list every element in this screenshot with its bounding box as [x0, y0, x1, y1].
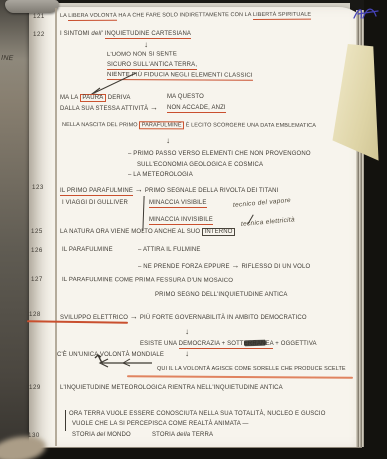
note-line: – ATTIRA IL FULMINE [138, 247, 201, 253]
red-underlined-phrase: INQUIETUDINE CARTESIANA [105, 31, 191, 39]
note-line: DALLA SUA STESSA ATTIVITÀ [60, 106, 148, 112]
red-underlined-phrase: MINACCIA VISIBILE [149, 200, 207, 208]
blue-pen-mark [352, 5, 380, 22]
left-arrow [94, 354, 156, 368]
note-line-130b: STORIA della TERRA [152, 432, 213, 438]
note-line-nascita: NELLA NASCITA DEL PRIMO PARAFULMINE È LE… [62, 122, 316, 129]
right-arrow-icon: → [150, 104, 158, 112]
note-line: SULL'ECONOMIA GEOLOGICA E COSMICA [137, 162, 263, 168]
margin-rule-line [55, 8, 57, 446]
note-line-qui: QUI IL LA VOLONTÀ AGISCE COME SORELLE CH… [157, 366, 346, 372]
note-line: MINACCIA INVISIBILE [149, 217, 213, 223]
note-line: NON ACCADE, ANZI [167, 105, 226, 111]
note-line: – NE PRENDE FORZA EPPURE → RIFLESSO DI U… [138, 261, 310, 270]
stub-text-fragment: INE [1, 55, 14, 62]
down-arrow-icon: ↓ [144, 41, 148, 49]
margin-number: 126 [31, 247, 43, 254]
note-line: MINACCIA VISIBILE [149, 200, 207, 206]
margin-number: 127 [31, 276, 43, 283]
right-arrow-icon: → [231, 261, 239, 270]
note-line-123: IL PRIMO PARAFULMINE → PRIMO SEGNALE DEL… [60, 185, 278, 194]
note-line-128: SVILUPPO ELETTRICO → PIÙ FORTE GOVERNABI… [60, 312, 307, 321]
ink-boxed-word: INTERNO [202, 228, 235, 236]
note-line-127: IL PARAFULMINE COME PRIMA FESSURA D'UN M… [62, 277, 233, 284]
note-line-129: L'INQUIETUDINE METEOROLOGICA RIENTRA NEL… [60, 385, 283, 391]
note-line: PRIMO SEGNO DELL'INQUIETUDINE ANTICA [155, 292, 288, 298]
note-line: MA QUESTO [167, 94, 204, 100]
facing-page-stub: INE [0, 0, 29, 459]
note-line: L'UOMO NON SI SENTE [107, 51, 177, 58]
margin-number: 125 [31, 228, 43, 235]
bracket-stroke [65, 410, 66, 431]
note-line: – LA METEOROLOGIA [128, 172, 193, 178]
margin-number: 123 [32, 184, 44, 191]
margin-number: 121 [33, 13, 45, 20]
note-line-paura: MA LA PAURA DERIVA [60, 95, 131, 101]
note-line-121: LA LIBERA VOLONTÀ HA A CHE FARE SOLO IND… [60, 12, 311, 19]
binder-clip [5, 0, 59, 13]
note-line-terra2: VUOLE CHE LA SI PERCEPISCA COME REALTÀ A… [72, 421, 249, 427]
red-underlined-phrase: NON ACCADE, ANZI [167, 105, 226, 113]
margin-number: 122 [33, 31, 45, 38]
note-line-gulliver: I VIAGGI DI GULLIVER [62, 200, 128, 206]
note-line-122: I SINTOMI dell' INQUIETUDINE CARTESIANA [60, 31, 191, 37]
red-underlined-phrase: MINACCIA INVISIBILE [149, 217, 213, 225]
red-boxed-word: PARAFULMINE [139, 121, 184, 129]
note-line-terra1: ORA TERRA VUOLE ESSERE CONOSCIUTA NELLA … [69, 411, 326, 417]
scan-background-bottom [0, 448, 387, 459]
down-arrow-icon: ↓ [185, 328, 189, 336]
ink-scribble [244, 340, 266, 347]
down-arrow-icon: ↓ [185, 350, 189, 358]
margin-number: 130 [28, 432, 40, 439]
notebook-scan: INE 121 122 123 125 126 127 128 129 130 … [0, 0, 387, 459]
note-line-130a: STORIA del MONDO [72, 432, 131, 438]
note-line-125: LA NATURA ORA VIENE MOLTO ANCHE AL SUO I… [60, 229, 235, 235]
note-line-126: IL PARAFULMINE [62, 247, 113, 253]
margin-number: 128 [29, 311, 41, 318]
margin-number: 129 [29, 384, 41, 391]
red-underlined-phrase: LIBERA VOLONTÀ [68, 13, 117, 21]
down-arrow-icon: ↓ [166, 137, 170, 145]
note-line: – PRIMO PASSO VERSO ELEMENTI CHE NON PRO… [128, 151, 311, 157]
right-arrow-icon: → [130, 312, 138, 321]
note-line: SICURO SULL'ANTICA TERRA, [107, 62, 197, 68]
right-arrow-icon: → [135, 185, 143, 194]
red-underlined-phrase: SICURO SULL'ANTICA TERRA, [107, 62, 197, 70]
red-boxed-word: PAURA [80, 94, 106, 102]
red-underlined-phrase: LIBERTÀ SPIRITUALE [253, 12, 311, 20]
red-underlined-phrase: IL PRIMO PARAFULMINE [60, 188, 133, 196]
note-line-esiste: ESISTE UNA DEMOCRAZIA + SOTTERRANEA + OG… [140, 341, 317, 347]
